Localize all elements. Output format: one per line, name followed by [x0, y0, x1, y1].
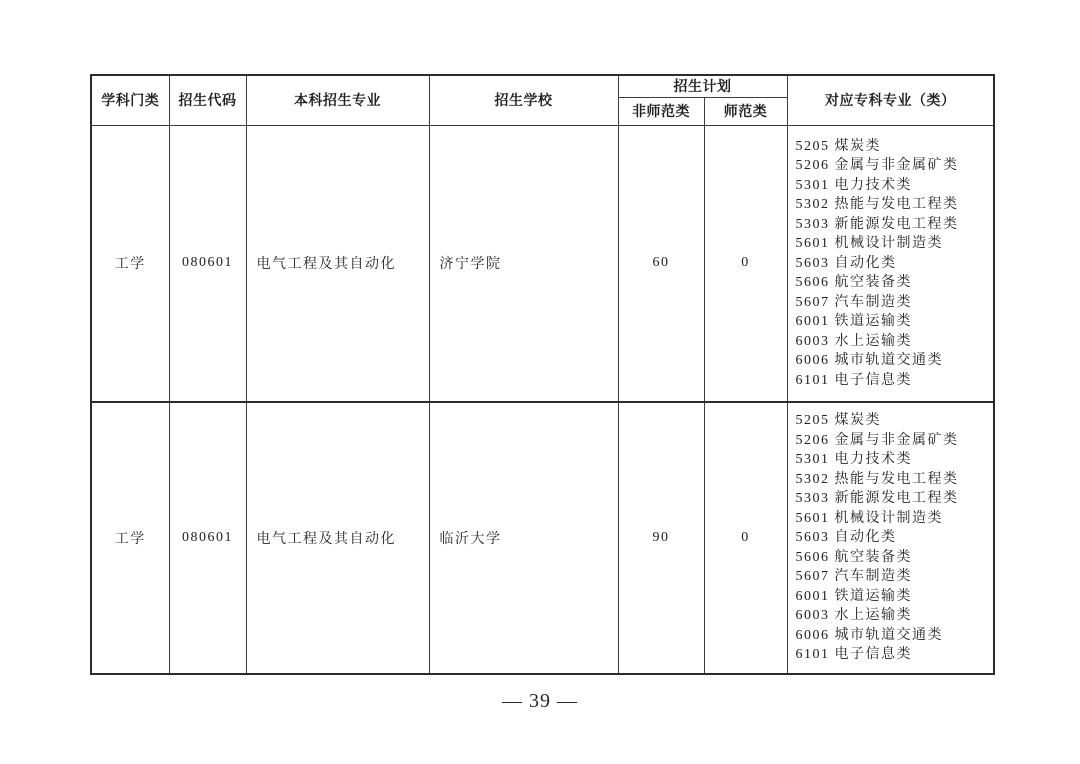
- cell-plan-normal: 0: [704, 125, 787, 402]
- col-header-corresponding-majors: 对应专科专业（类）: [787, 75, 994, 125]
- header-row-top: 学科门类 招生代码 本科招生专业 招生学校 招生计划 对应专科专业（类）: [91, 75, 994, 97]
- cell-admission-code: 080601: [169, 402, 246, 674]
- table-header: 学科门类 招生代码 本科招生专业 招生学校 招生计划 对应专科专业（类） 非师范…: [91, 75, 994, 125]
- cell-admission-school: 济宁学院: [429, 125, 618, 402]
- cell-subject-category: 工学: [91, 125, 169, 402]
- table-row: 工学 080601 电气工程及其自动化 临沂大学 90 0 5205 煤炭类 5…: [91, 402, 994, 674]
- col-header-undergraduate-major: 本科招生专业: [246, 75, 429, 125]
- document-page: 学科门类 招生代码 本科招生专业 招生学校 招生计划 对应专科专业（类） 非师范…: [0, 0, 1080, 764]
- cell-corresponding-majors: 5205 煤炭类 5206 金属与非金属矿类 5301 电力技术类 5302 热…: [787, 125, 994, 402]
- cell-plan-non-normal: 60: [618, 125, 704, 402]
- table-body: 工学 080601 电气工程及其自动化 济宁学院 60 0 5205 煤炭类 5…: [91, 125, 994, 674]
- col-header-non-normal: 非师范类: [618, 97, 704, 125]
- cell-admission-code: 080601: [169, 125, 246, 402]
- col-header-admission-plan: 招生计划: [618, 75, 787, 97]
- cell-plan-normal: 0: [704, 402, 787, 674]
- admission-plan-table: 学科门类 招生代码 本科招生专业 招生学校 招生计划 对应专科专业（类） 非师范…: [90, 74, 995, 675]
- cell-undergraduate-major: 电气工程及其自动化: [246, 125, 429, 402]
- cell-undergraduate-major: 电气工程及其自动化: [246, 402, 429, 674]
- cell-subject-category: 工学: [91, 402, 169, 674]
- cell-admission-school: 临沂大学: [429, 402, 618, 674]
- table-row: 工学 080601 电气工程及其自动化 济宁学院 60 0 5205 煤炭类 5…: [91, 125, 994, 402]
- cell-corresponding-majors: 5205 煤炭类 5206 金属与非金属矿类 5301 电力技术类 5302 热…: [787, 402, 994, 674]
- page-number: — 39 —: [0, 690, 1080, 713]
- col-header-admission-school: 招生学校: [429, 75, 618, 125]
- cell-plan-non-normal: 90: [618, 402, 704, 674]
- col-header-normal: 师范类: [704, 97, 787, 125]
- col-header-subject-category: 学科门类: [91, 75, 169, 125]
- col-header-admission-code: 招生代码: [169, 75, 246, 125]
